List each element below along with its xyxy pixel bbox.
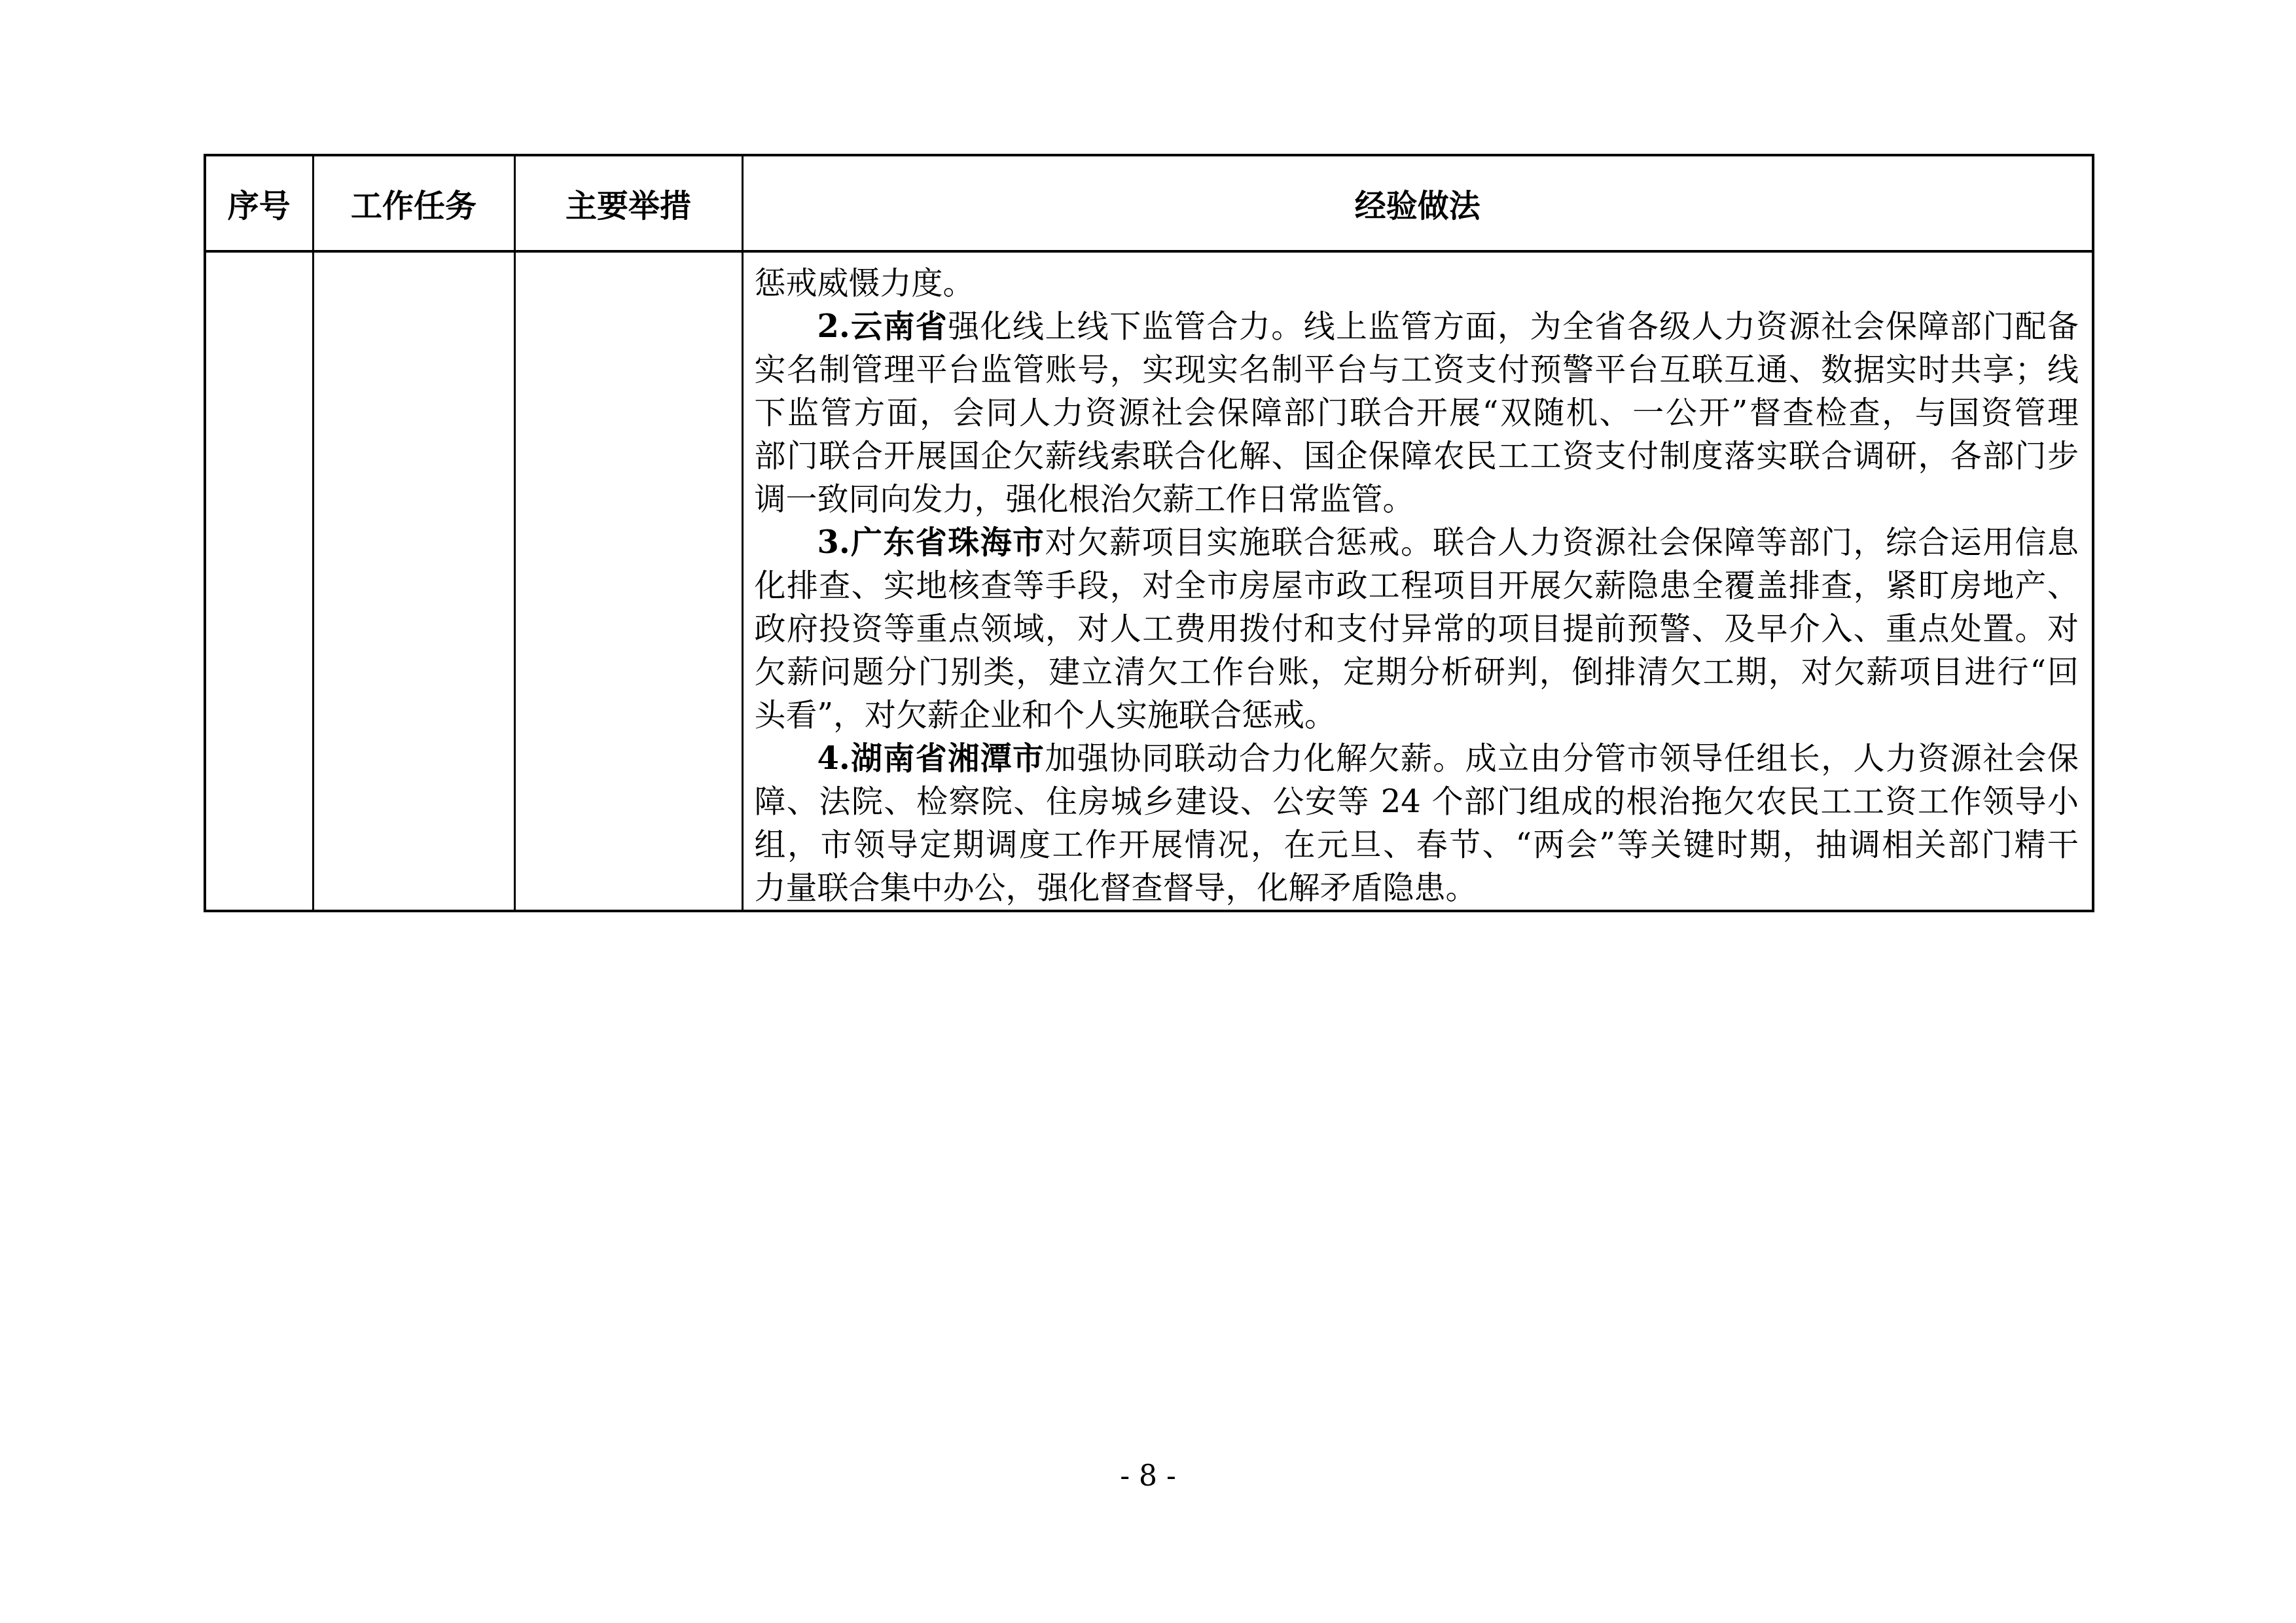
header-row: 序号 工作任务 主要举措 经验做法 <box>205 155 2093 251</box>
text-run: 强化线上线下监管合力。线上监管方面，为全省各级人力资源社会保障部门配备 <box>948 308 2079 345</box>
header-cell-task: 工作任务 <box>313 155 514 251</box>
header-cell-experience: 经验做法 <box>742 155 2093 251</box>
experience-line: 惩戒威慑力度。 <box>755 262 2079 305</box>
text-run: 实名制管理平台监管账号，实现实名制平台与工资支付预警平台互联互通、数据实时共享；… <box>755 351 2079 388</box>
experience-cell: 惩戒威慑力度。2.云南省强化线上线下监管合力。线上监管方面，为全省各级人力资源社… <box>742 251 2093 911</box>
content-table: 序号 工作任务 主要举措 经验做法 惩戒威慑力度。2.云南省强化线上线下监管合力… <box>204 154 2094 912</box>
task-cell <box>313 251 514 911</box>
text-run: 力量联合集中办公，强化督查督导，化解矛盾隐患。 <box>755 870 1477 906</box>
experience-line: 欠薪问题分门别类，建立清欠工作台账，定期分析研判，倒排清欠工期，对欠薪项目进行“… <box>755 651 2079 694</box>
experience-line: 政府投资等重点领域，对人工费用拨付和支付异常的项目提前预警、及早介入、重点处置。… <box>755 607 2079 651</box>
serial-cell <box>205 251 313 911</box>
experience-line: 实名制管理平台监管账号，实现实名制平台与工资支付预警平台互联互通、数据实时共享；… <box>755 348 2079 391</box>
text-run: 部门联合开展国企欠薪线索联合化解、国企保障农民工工资支付制度落实联合调研，各部门… <box>755 438 2079 474</box>
text-run: 惩戒威慑力度。 <box>755 265 975 302</box>
experience-line: 头看”，对欠薪企业和个人实施联合惩戒。 <box>755 694 2079 737</box>
header-cell-serial: 序号 <box>205 155 313 251</box>
document-page: 序号 工作任务 主要举措 经验做法 惩戒威慑力度。2.云南省强化线上线下监管合力… <box>0 0 2296 1623</box>
text-run: 障、法院、检察院、住房城乡建设、公安等 24 个部门组成的根治拖欠农民工工资工作… <box>755 783 2079 820</box>
experience-line: 障、法院、检察院、住房城乡建设、公安等 24 个部门组成的根治拖欠农民工工资工作… <box>755 780 2079 823</box>
text-run: 化排查、实地核查等手段，对全市房屋市政工程项目开展欠薪隐患全覆盖排查，紧盯房地产… <box>755 567 2079 604</box>
body-row: 惩戒威慑力度。2.云南省强化线上线下监管合力。线上监管方面，为全省各级人力资源社… <box>205 251 2093 911</box>
region-name-bold-run: 3.广东省珠海市 <box>817 524 1045 561</box>
text-run: 欠薪问题分门别类，建立清欠工作台账，定期分析研判，倒排清欠工期，对欠薪项目进行“… <box>755 654 2079 690</box>
experience-line: 4.湖南省湘潭市加强协同联动合力化解欠薪。成立由分管市领导任组长，人力资源社会保 <box>755 737 2079 780</box>
region-name-bold-run: 4.湖南省湘潭市 <box>817 740 1045 777</box>
header-cell-measures: 主要举措 <box>514 155 742 251</box>
text-run: 对欠薪项目实施联合惩戒。联合人力资源社会保障等部门，综合运用信息 <box>1045 524 2079 561</box>
measures-cell <box>514 251 742 911</box>
experience-line: 调一致同向发力，强化根治欠薪工作日常监管。 <box>755 478 2079 521</box>
text-run: 头看”，对欠薪企业和个人实施联合惩戒。 <box>755 697 1336 734</box>
experience-line: 力量联合集中办公，强化督查督导，化解矛盾隐患。 <box>755 866 2079 910</box>
text-run: 加强协同联动合力化解欠薪。成立由分管市领导任组长，人力资源社会保 <box>1045 740 2079 777</box>
experience-line: 2.云南省强化线上线下监管合力。线上监管方面，为全省各级人力资源社会保障部门配备 <box>755 305 2079 348</box>
experience-line: 组，市领导定期调度工作开展情况，在元旦、春节、“两会”等关键时期，抽调相关部门精… <box>755 823 2079 866</box>
experience-line: 下监管方面，会同人力资源社会保障部门联合开展“双随机、一公开”督查检查，与国资管… <box>755 391 2079 435</box>
experience-line: 部门联合开展国企欠薪线索联合化解、国企保障农民工工资支付制度落实联合调研，各部门… <box>755 435 2079 478</box>
page-number: - 8 - <box>0 1461 2296 1492</box>
text-run: 组，市领导定期调度工作开展情况，在元旦、春节、“两会”等关键时期，抽调相关部门精… <box>755 827 2079 863</box>
text-run: 政府投资等重点领域，对人工费用拨付和支付异常的项目提前预警、及早介入、重点处置。… <box>755 611 2079 647</box>
experience-line: 3.广东省珠海市对欠薪项目实施联合惩戒。联合人力资源社会保障等部门，综合运用信息 <box>755 521 2079 564</box>
region-name-bold-run: 2.云南省 <box>817 308 948 345</box>
experience-line: 化排查、实地核查等手段，对全市房屋市政工程项目开展欠薪隐患全覆盖排查，紧盯房地产… <box>755 564 2079 607</box>
text-run: 下监管方面，会同人力资源社会保障部门联合开展“双随机、一公开”督查检查，与国资管… <box>755 395 2079 431</box>
text-run: 调一致同向发力，强化根治欠薪工作日常监管。 <box>755 481 1414 518</box>
